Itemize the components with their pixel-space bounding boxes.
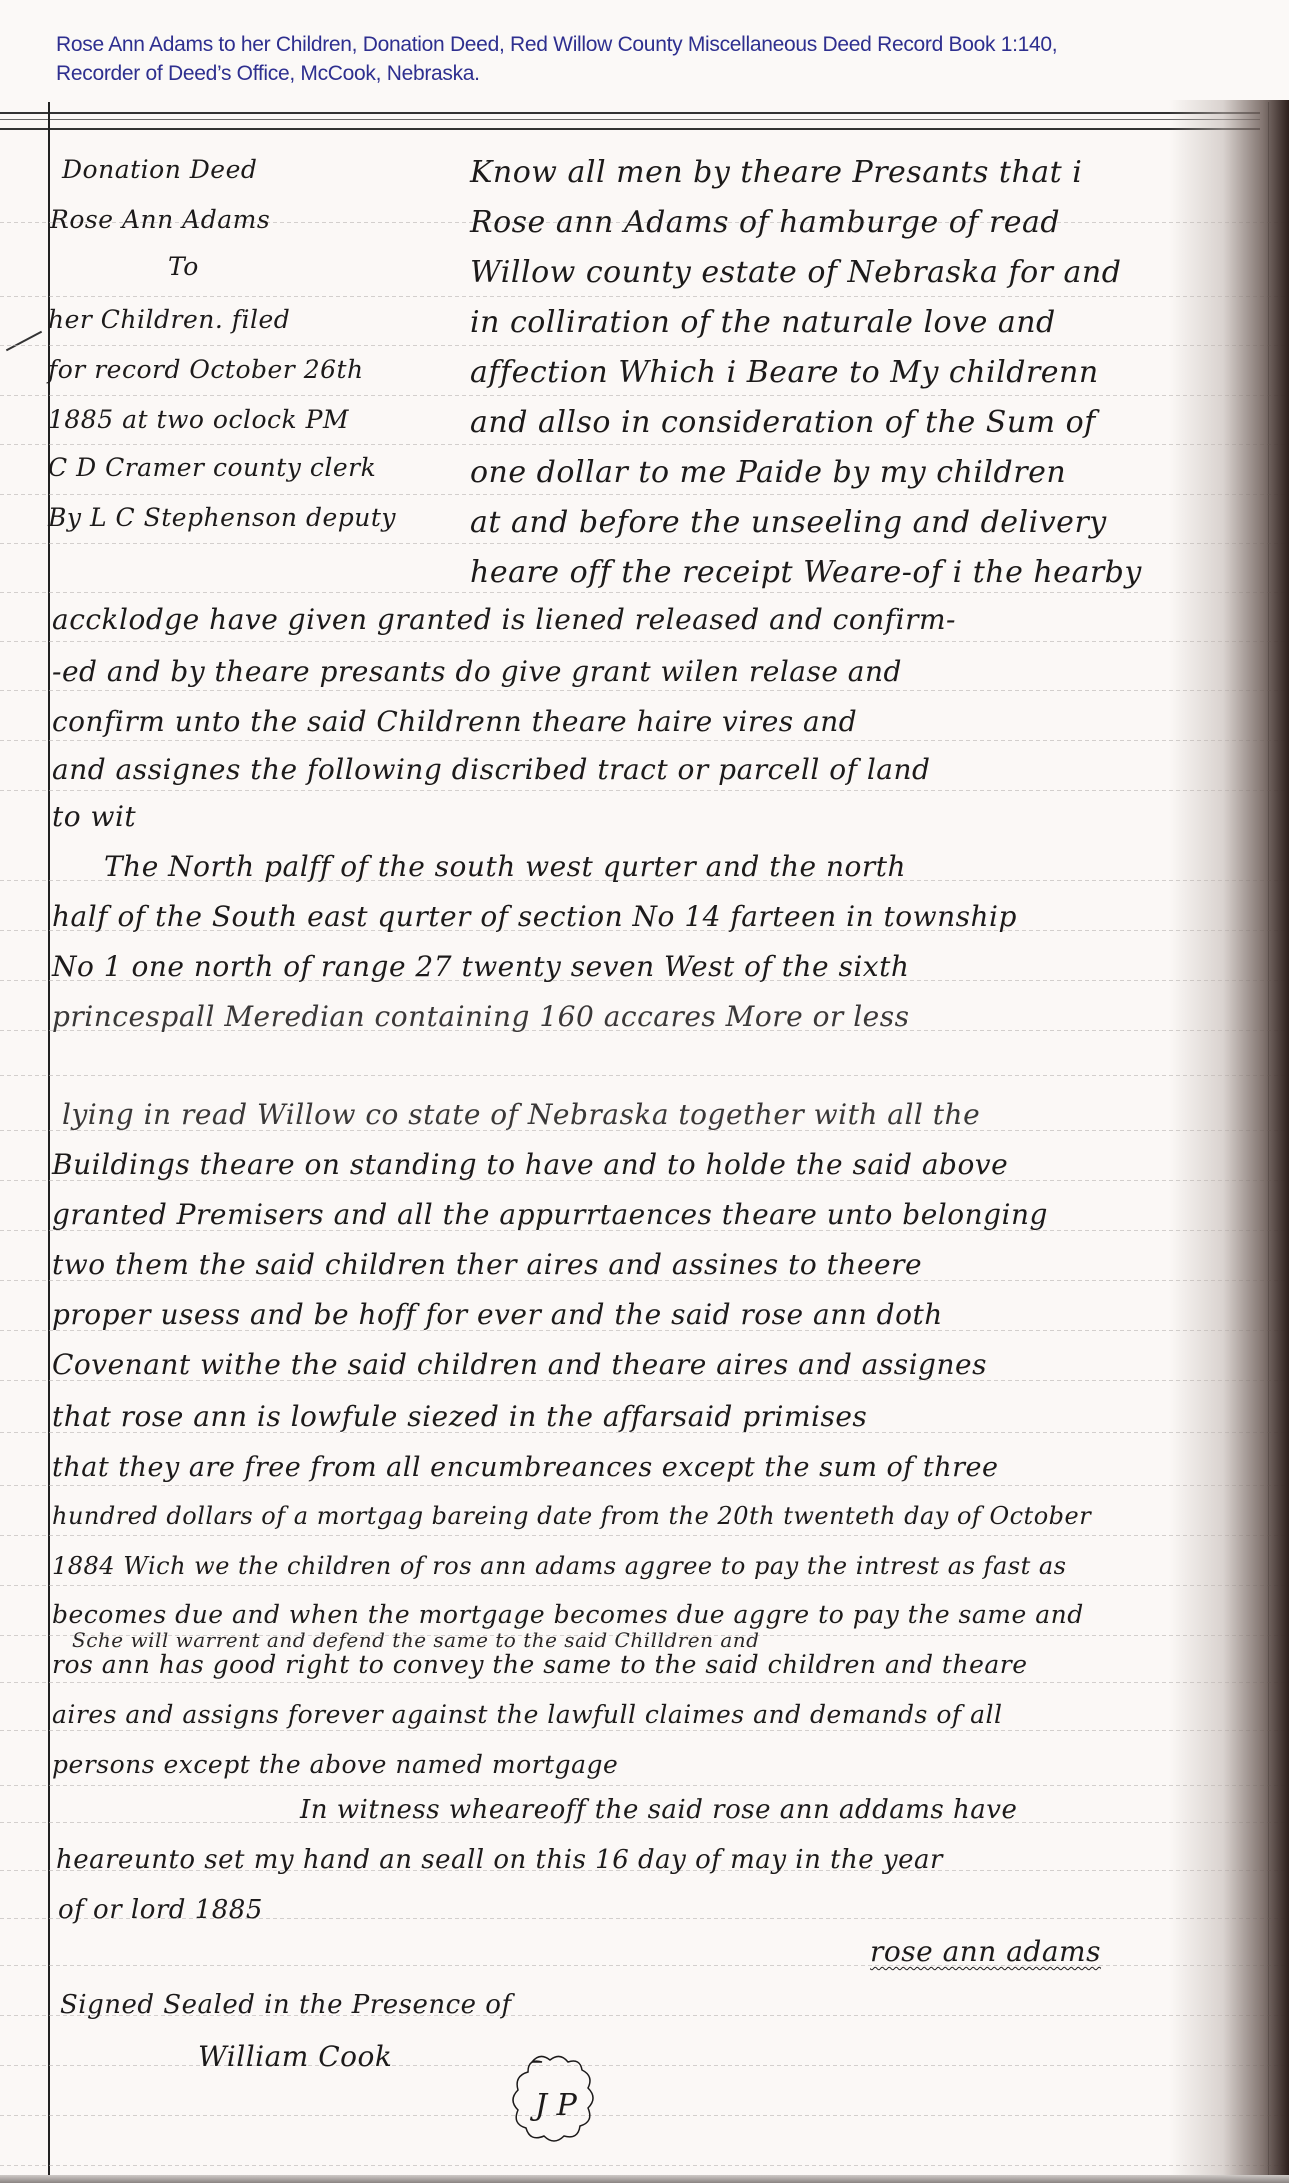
ledger-line bbox=[0, 296, 1289, 297]
ledger-line bbox=[0, 790, 1289, 791]
deed-line: proper usess and be hoff for ever and th… bbox=[52, 1298, 943, 1331]
caption-line-1: Rose Ann Adams to her Children, Donation… bbox=[56, 30, 1236, 59]
ledger-line bbox=[0, 494, 1289, 495]
deed-line: half of the South east qurter of section… bbox=[52, 900, 1017, 933]
ledger-line bbox=[0, 1585, 1289, 1586]
deed-line: hundred dollars of a mortgag bareing dat… bbox=[52, 1502, 1091, 1530]
deed-line: princespall Meredian containing 160 acca… bbox=[52, 1000, 909, 1033]
margin-note-grantor: Rose Ann Adams bbox=[50, 205, 270, 234]
seal-mark: J P bbox=[497, 2050, 612, 2160]
deed-line: that they are free from all encumbreance… bbox=[52, 1452, 998, 1483]
deed-line: Covenant withe the said children and the… bbox=[52, 1348, 987, 1381]
witness-label: Signed Sealed in the Presence of bbox=[60, 1990, 512, 2020]
book-binding-shadow bbox=[1169, 100, 1289, 2183]
ledger-line bbox=[0, 444, 1289, 445]
ledger-line bbox=[0, 2165, 1289, 2166]
page-bottom-edge bbox=[0, 2175, 1289, 2183]
deed-line: one dollar to me Paide by my children bbox=[470, 455, 1066, 490]
deed-line: in colliration of the naturale love and bbox=[470, 305, 1056, 340]
deed-line: ros ann has good right to convey the sam… bbox=[52, 1650, 1028, 1679]
ledger-line bbox=[0, 395, 1289, 396]
deed-line: that rose ann is lowfule siezed in the a… bbox=[52, 1400, 867, 1433]
deed-line: to wit bbox=[52, 800, 136, 833]
margin-note-deputy: By L C Stephenson deputy bbox=[48, 503, 396, 532]
ledger-line bbox=[0, 1075, 1289, 1076]
deed-line: heare off the receipt Weare-of i the hea… bbox=[470, 555, 1142, 590]
deed-line: -ed and by theare presants do give grant… bbox=[52, 655, 902, 688]
deed-line: accklodge have given granted is liened r… bbox=[52, 603, 956, 636]
ledger-header-rule bbox=[0, 112, 1260, 130]
ledger-line bbox=[0, 2065, 1289, 2066]
margin-note-grantee: her Children. filed bbox=[48, 305, 290, 334]
deed-line: In witness wheareoff the said rose ann a… bbox=[300, 1795, 1017, 1825]
ledger-line bbox=[0, 641, 1289, 642]
margin-note-time: 1885 at two oclock PM bbox=[48, 405, 349, 434]
deed-line: Rose ann Adams of hamburge of read bbox=[470, 205, 1060, 240]
document-caption: Rose Ann Adams to her Children, Donation… bbox=[56, 30, 1236, 88]
deed-line: Willow county estate of Nebraska for and bbox=[470, 255, 1121, 290]
deed-line: Buildings theare on standing to have and… bbox=[52, 1148, 1008, 1181]
ledger-line bbox=[0, 690, 1289, 691]
witness-name: William Cook bbox=[198, 2040, 392, 2073]
deed-line: No 1 one north of range 27 twenty seven … bbox=[52, 950, 909, 983]
deed-line: lying in read Willow co state of Nebrask… bbox=[62, 1098, 980, 1131]
ledger-line bbox=[0, 592, 1289, 593]
ledger-line bbox=[0, 2115, 1289, 2116]
deed-line: of or lord 1885 bbox=[58, 1895, 263, 1925]
deed-line: granted Premisers and all the appurrtaen… bbox=[52, 1198, 1048, 1231]
deed-line: becomes due and when the mortgage become… bbox=[52, 1600, 1084, 1629]
deed-line: persons except the above named mortgage bbox=[52, 1750, 618, 1779]
margin-note-title: Donation Deed bbox=[62, 155, 257, 184]
deed-line: aires and assigns forever against the la… bbox=[52, 1700, 1002, 1729]
ledger-line bbox=[0, 543, 1289, 544]
deed-line: affection Which i Beare to My childrenn bbox=[470, 355, 1099, 390]
deed-line: two them the said children ther aires an… bbox=[52, 1248, 922, 1281]
deed-line: Know all men by theare Presants that i bbox=[470, 155, 1082, 190]
interlinear-insert: Sche will warrent and defend the same to… bbox=[72, 1628, 759, 1652]
ledger-line bbox=[0, 1730, 1289, 1731]
ledger-line bbox=[0, 1785, 1289, 1786]
seal-initials: J P bbox=[535, 2088, 577, 2123]
ledger-line bbox=[0, 740, 1289, 741]
ledger-line bbox=[0, 345, 1289, 346]
margin-note-filed: for record October 26th bbox=[48, 355, 364, 384]
grantor-signature: rose ann adams bbox=[870, 1935, 1101, 1968]
deed-line: 1884 Wich we the children of ros ann ada… bbox=[52, 1552, 1066, 1580]
ledger-line bbox=[0, 1535, 1289, 1536]
deed-line: confirm unto the said Childrenn theare h… bbox=[52, 705, 857, 738]
deed-line: at and before the unseeling and delivery bbox=[470, 505, 1107, 540]
ledger-line bbox=[0, 1682, 1289, 1683]
caption-line-2: Recorder of Deed’s Office, McCook, Nebra… bbox=[56, 59, 1236, 88]
deed-line: The North palff of the south west qurter… bbox=[104, 850, 906, 883]
margin-note-clerk: C D Cramer county clerk bbox=[48, 453, 376, 482]
margin-note-to: To bbox=[168, 252, 199, 281]
deed-line: and allso in consideration of the Sum of bbox=[470, 405, 1096, 440]
deed-line: heareunto set my hand an seall on this 1… bbox=[56, 1845, 943, 1875]
ledger-line bbox=[0, 1485, 1289, 1486]
deed-line: and assignes the following discribed tra… bbox=[52, 753, 930, 786]
